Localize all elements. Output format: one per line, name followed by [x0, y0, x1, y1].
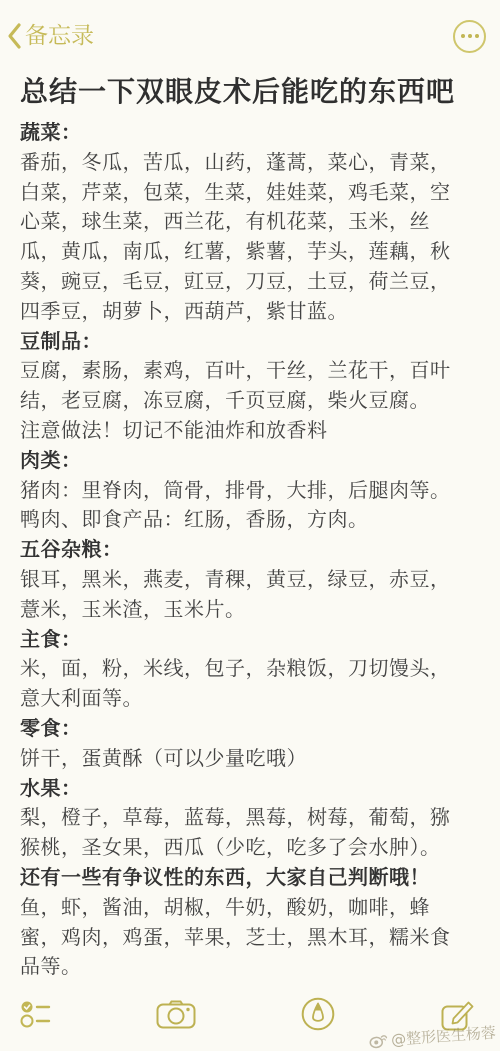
markup-pen-icon	[300, 996, 336, 1032]
compose-button[interactable]	[440, 997, 476, 1032]
back-button[interactable]: 备忘录	[6, 22, 94, 50]
section-body: 番茄，冬瓜，苦瓜，山药，蓬蒿，菜心，青菜， 白菜，芹菜，包菜，生菜，娃娃菜，鸡毛…	[20, 148, 482, 327]
camera-icon	[156, 999, 196, 1029]
section-heading: 还有一些有争议性的东西，大家自己判断哦！	[20, 863, 482, 893]
section-body: 梨，橙子，草莓，蓝莓，黑莓，树莓，葡萄，猕 猴桃，圣女果，西瓜（少吃，吃多了会水…	[20, 803, 482, 863]
checklist-icon	[20, 999, 52, 1029]
section-controversial: 还有一些有争议性的东西，大家自己判断哦！ 鱼，虾，酱油，胡椒，牛奶，酸奶，咖啡，…	[20, 863, 482, 982]
section-heading: 五谷杂粮：	[20, 535, 482, 565]
chevron-left-icon	[6, 22, 22, 50]
checklist-button[interactable]	[20, 999, 52, 1029]
section-bean-products: 豆制品： 豆腐，素肠，素鸡，百叶，干丝，兰花干，百叶 结，老豆腐，冻豆腐，千页豆…	[20, 327, 482, 446]
notes-app-screen: 备忘录 总结一下双眼皮术后能吃的东西吧 蔬菜： 番茄，冬瓜，苦瓜，山药，蓬蒿，菜…	[0, 0, 500, 1051]
bottom-toolbar	[0, 989, 500, 1051]
navbar: 备忘录	[0, 0, 500, 56]
section-body: 豆腐，素肠，素鸡，百叶，干丝，兰花干，百叶 结，老豆腐，冻豆腐，千页豆腐，柴火豆…	[20, 356, 482, 445]
section-heading: 零食：	[20, 714, 482, 744]
section-heading: 肉类：	[20, 446, 482, 476]
section-grains: 五谷杂粮： 银耳，黑米，燕麦，青稞，黄豆，绿豆，赤豆， 薏米，玉米渣，玉米片。	[20, 535, 482, 624]
section-staple-food: 主食： 米，面，粉，米线，包子，杂粮饭，刀切馒头， 意大利面等。	[20, 625, 482, 714]
section-heading: 蔬菜：	[20, 118, 482, 148]
note-title: 总结一下双眼皮术后能吃的东西吧	[20, 74, 482, 110]
section-snacks: 零食： 饼干，蛋黄酥（可以少量吃哦）	[20, 714, 482, 774]
section-meat: 肉类： 猪肉：里脊肉，筒骨，排骨，大排，后腿肉等。 鸭肉、即食产品：红肠，香肠，…	[20, 446, 482, 535]
back-label: 备忘录	[25, 25, 94, 48]
section-vegetables: 蔬菜： 番茄，冬瓜，苦瓜，山药，蓬蒿，菜心，青菜， 白菜，芹菜，包菜，生菜，娃娃…	[20, 118, 482, 327]
ellipsis-icon	[461, 34, 479, 38]
more-options-button[interactable]	[453, 20, 486, 53]
section-body: 米，面，粉，米线，包子，杂粮饭，刀切馒头， 意大利面等。	[20, 654, 482, 714]
section-body: 饼干，蛋黄酥（可以少量吃哦）	[20, 744, 482, 774]
compose-icon	[440, 997, 476, 1032]
note-content: 总结一下双眼皮术后能吃的东西吧 蔬菜： 番茄，冬瓜，苦瓜，山药，蓬蒿，菜心，青菜…	[0, 56, 500, 982]
section-body: 鱼，虾，酱油，胡椒，牛奶，酸奶，咖啡，蜂 蜜，鸡肉，鸡蛋，苹果，芝士，黑木耳，糯…	[20, 893, 482, 982]
section-heading: 水果：	[20, 774, 482, 804]
section-heading: 主食：	[20, 625, 482, 655]
markup-button[interactable]	[300, 996, 336, 1032]
section-body: 猪肉：里脊肉，筒骨，排骨，大排，后腿肉等。 鸭肉、即食产品：红肠，香肠，方肉。	[20, 476, 482, 536]
section-heading: 豆制品：	[20, 327, 482, 357]
section-body: 银耳，黑米，燕麦，青稞，黄豆，绿豆，赤豆， 薏米，玉米渣，玉米片。	[20, 565, 482, 625]
section-fruit: 水果： 梨，橙子，草莓，蓝莓，黑莓，树莓，葡萄，猕 猴桃，圣女果，西瓜（少吃，吃…	[20, 774, 482, 863]
camera-button[interactable]	[156, 999, 196, 1029]
